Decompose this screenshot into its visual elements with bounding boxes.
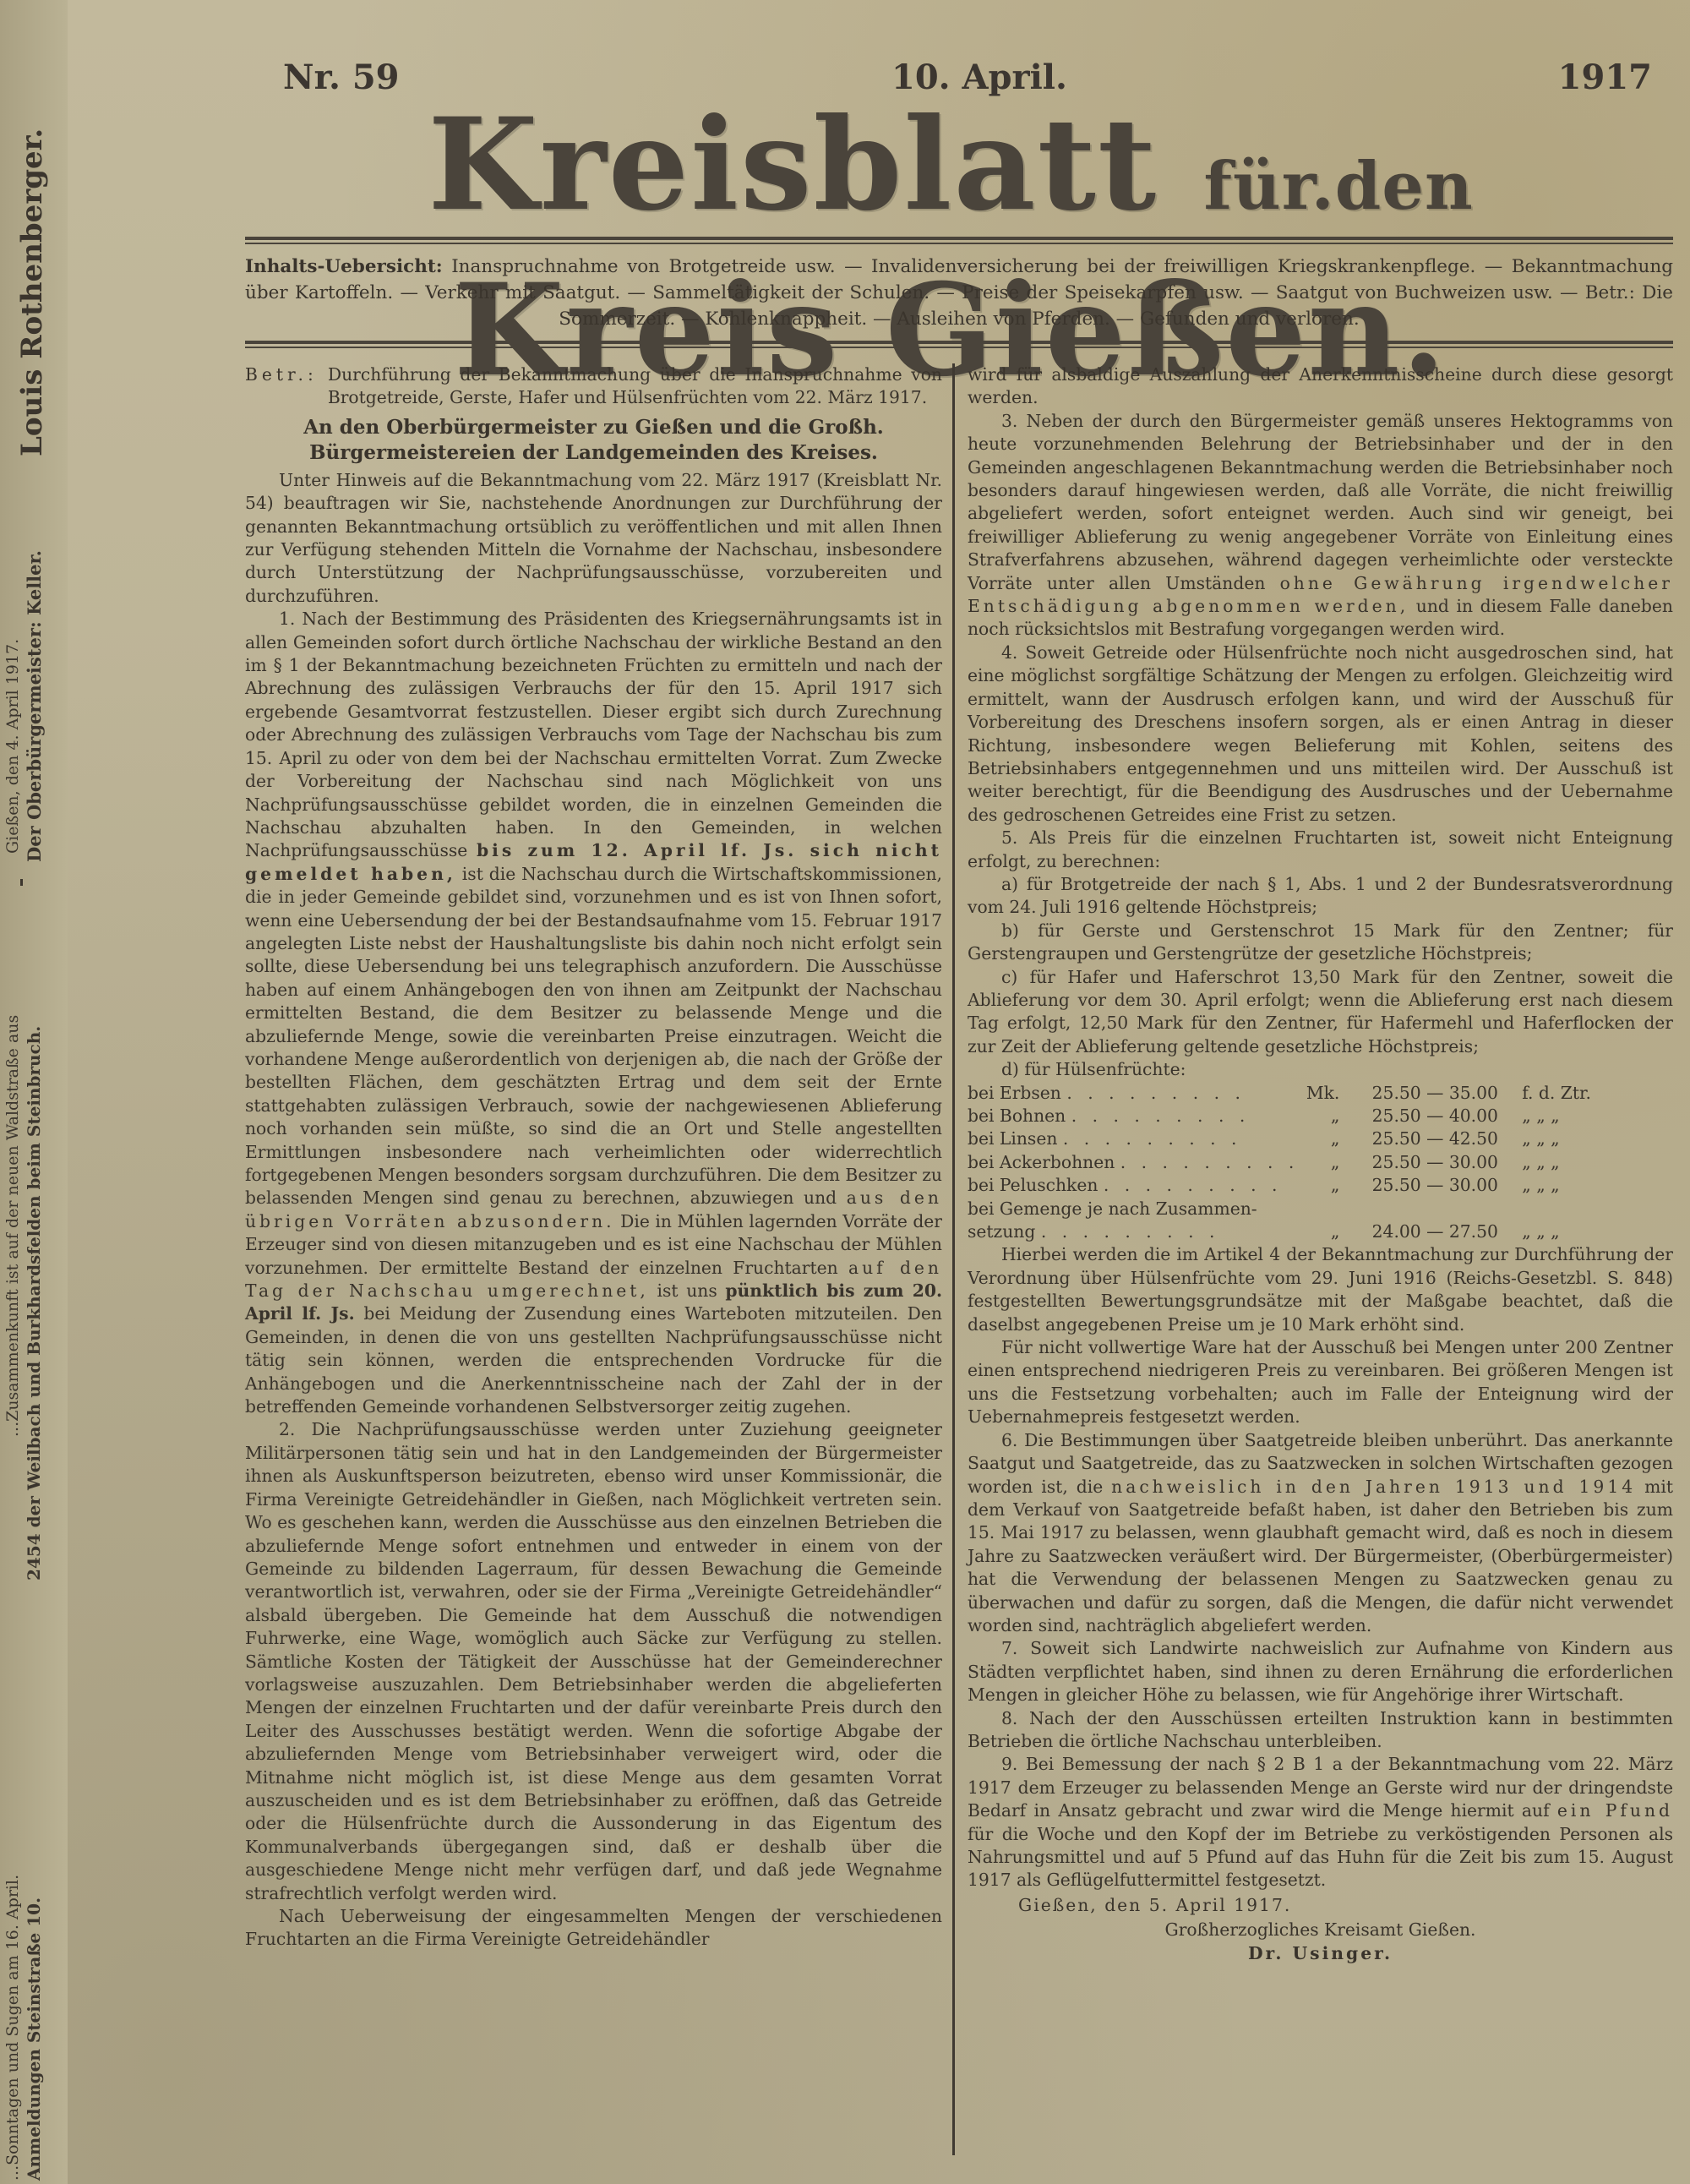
- paragraph-2-continuation: Nach Ueberweisung der eingesammelten Men…: [245, 1905, 942, 1952]
- margin-notice-date: Gießen, den 4. April 1917.: [3, 639, 22, 854]
- signature-office: Großherzogliches Kreisamt Gießen.: [968, 1919, 1673, 1941]
- price-range-text: 25.50 — 35.00: [1372, 1083, 1498, 1103]
- p1-text-a: 1. Nach der Bestimmung des Präsidenten d…: [245, 609, 942, 860]
- price-per: „ „ „: [1522, 1220, 1673, 1243]
- price-item: bei Gemenge je nach Zusammen-: [968, 1198, 1299, 1220]
- contents-text: Inanspruchnahme von Brotgetreide usw. — …: [245, 256, 1673, 330]
- price-per: „ „ „: [1522, 1174, 1673, 1197]
- leader-dots: . . . . . . . . .: [1071, 1106, 1251, 1126]
- price-row: bei Gemenge je nach Zusammen-: [968, 1198, 1673, 1220]
- price-unit: „: [1299, 1105, 1348, 1127]
- column-divider: [952, 363, 955, 2155]
- paragraph-5-note: Hierbei werden die im Artikel 4 der Beka…: [968, 1243, 1673, 1336]
- price-range-text: 25.50 — 30.00: [1372, 1152, 1498, 1172]
- paragraph-9: 9. Bei Bemessung der nach § 2 B 1 a der …: [968, 1753, 1673, 1892]
- price-unit: [1299, 1198, 1348, 1220]
- price-item: bei Bohnen . . . . . . . . .: [968, 1105, 1299, 1127]
- signature-place-date: Gießen, den 5. April 1917.: [968, 1894, 1673, 1917]
- price-per: f. d. Ztr.: [1522, 1082, 1673, 1105]
- contents-overview: Inhalts-Uebersicht: Inanspruchnahme von …: [245, 254, 1673, 332]
- price-item-text: bei Ackerbohnen: [968, 1152, 1115, 1172]
- leader-dots: . . . . . . . . .: [1120, 1152, 1300, 1172]
- price-per-text: „ „ „: [1522, 1106, 1559, 1126]
- price-row: bei Linsen . . . . . . . . .„25.50 — 42.…: [968, 1127, 1673, 1150]
- leader-dots: . . . . . . . . .: [1104, 1175, 1283, 1195]
- margin-notice-signature: Der Oberbürgermeister: Keller.: [24, 550, 45, 862]
- article-column-right: wird für alsbaldige Auszahlung der Anerk…: [968, 363, 1673, 1965]
- price-item-text: bei Gemenge je nach Zusammen-: [968, 1198, 1257, 1219]
- masthead-rule: [245, 237, 1673, 240]
- price-per-text: „ „ „: [1522, 1128, 1559, 1149]
- subject-line: Betr.: Durchführung der Bekanntmachung ü…: [245, 363, 942, 410]
- price-per: „ „ „: [1522, 1127, 1673, 1150]
- masthead-rule-thin: [245, 243, 1673, 244]
- title-part-fuer-den: für.den: [1203, 148, 1473, 225]
- paragraph-5: 5. Als Preis für die einzelnen Fruchtart…: [968, 827, 1673, 873]
- price-range-text: 25.50 — 40.00: [1372, 1106, 1498, 1126]
- contents-rule-thin: [245, 347, 1673, 348]
- paragraph-5d: d) für Hülsenfrüchte:: [968, 1058, 1673, 1081]
- margin-notice-3-line2: Anmeldungen Steinstraße 10.: [24, 1897, 44, 2181]
- price-unit: „: [1299, 1220, 1348, 1243]
- price-unit-text: „: [1331, 1128, 1340, 1149]
- price-item: bei Linsen . . . . . . . . .: [968, 1127, 1299, 1150]
- paragraph-2-end: wird für alsbaldige Auszahlung der Anerk…: [968, 363, 1673, 410]
- margin-notice-2-line1: ...Zusammenkunft ist auf der neuen Walds…: [3, 1015, 22, 1437]
- p9-text-b: für die Woche und den Kopf der im Betrie…: [968, 1824, 1673, 1891]
- price-range: 25.50 — 42.50: [1348, 1127, 1522, 1150]
- price-item-text: bei Peluschken: [968, 1175, 1098, 1195]
- paragraph-7: 7. Soweit sich Landwirte nachweislich zu…: [968, 1637, 1673, 1706]
- price-per: „ „ „: [1522, 1151, 1673, 1174]
- price-unit: „: [1299, 1151, 1348, 1174]
- price-row: setzung . . . . . . . . .„24.00 — 27.50„…: [968, 1220, 1673, 1243]
- price-range-text: 24.00 — 27.50: [1372, 1221, 1498, 1242]
- paragraph-1: 1. Nach der Bestimmung des Präsidenten d…: [245, 608, 942, 1418]
- addressee-heading: An den Oberbürgermeister zu Gießen und d…: [245, 415, 942, 466]
- newspaper-title: Kreisblatt für.den Kreis Gießen.: [253, 93, 1648, 402]
- price-per: „ „ „: [1522, 1105, 1673, 1127]
- price-range-text: 25.50 — 42.50: [1372, 1128, 1498, 1149]
- p6-text-b: mit dem Verkauf von Saatgetreide befaßt …: [968, 1477, 1673, 1635]
- price-range: 25.50 — 40.00: [1348, 1105, 1522, 1127]
- p1-text-d: ist uns: [657, 1280, 717, 1301]
- price-row: bei Erbsen . . . . . . . . .Mk.25.50 — 3…: [968, 1082, 1673, 1105]
- p3-text-a: 3. Neben der durch den Bürgermeister gem…: [968, 411, 1673, 593]
- subject-label: Betr.:: [245, 363, 318, 410]
- price-range: 25.50 — 35.00: [1348, 1082, 1522, 1105]
- price-unit: „: [1299, 1127, 1348, 1150]
- paragraph-8: 8. Nach der den Ausschüssen erteilten In…: [968, 1707, 1673, 1754]
- price-item-text: bei Linsen: [968, 1128, 1057, 1149]
- contents-label: Inhalts-Uebersicht:: [245, 256, 443, 277]
- price-per-text: f. d. Ztr.: [1522, 1083, 1591, 1103]
- price-unit-text: „: [1331, 1106, 1340, 1126]
- p6-emphasis: nachweislich in den Jahren 1913 und 1914: [1111, 1477, 1636, 1497]
- price-range: [1348, 1198, 1522, 1220]
- price-row: bei Peluschken . . . . . . . . .„25.50 —…: [968, 1174, 1673, 1197]
- price-per-text: „ „ „: [1522, 1175, 1559, 1195]
- price-item: setzung . . . . . . . . .: [968, 1220, 1299, 1243]
- intro-paragraph: Unter Hinweis auf die Bekanntmachung vom…: [245, 469, 942, 608]
- p9-emphasis: ein Pfund: [1557, 1800, 1673, 1821]
- price-unit: „: [1299, 1174, 1348, 1197]
- paragraph-5b: b) für Gerste und Gerstenschrot 15 Mark …: [968, 920, 1673, 966]
- price-item-text: bei Bohnen: [968, 1106, 1066, 1126]
- leader-dots: . . . . . . . . .: [1063, 1128, 1242, 1149]
- leader-dots: . . . . . . . . .: [1041, 1221, 1220, 1242]
- price-item: bei Ackerbohnen . . . . . . . . .: [968, 1151, 1299, 1174]
- margin-divider-2: [20, 879, 23, 886]
- paragraph-5a: a) für Brotgetreide der nach § 1, Abs. 1…: [968, 873, 1673, 920]
- margin-name: Louis Rothenberger.: [15, 128, 49, 456]
- price-unit: Mk.: [1299, 1082, 1348, 1105]
- price-row: bei Ackerbohnen . . . . . . . . .„25.50 …: [968, 1151, 1673, 1174]
- legume-price-table: bei Erbsen . . . . . . . . .Mk.25.50 — 3…: [968, 1082, 1673, 1244]
- price-per: [1522, 1198, 1673, 1220]
- price-unit-text: „: [1331, 1175, 1340, 1195]
- title-part-kreisblatt: Kreisblatt: [428, 90, 1158, 239]
- price-range: 24.00 — 27.50: [1348, 1220, 1522, 1243]
- margin-notice-2-line2: 2454 der Weilbach und Burkhardsfelden be…: [24, 1026, 44, 1581]
- issue-number: Nr. 59: [283, 57, 399, 97]
- price-range: 25.50 — 30.00: [1348, 1174, 1522, 1197]
- contents-rule: [245, 341, 1673, 344]
- leader-dots: . . . . . . . . .: [1066, 1083, 1246, 1103]
- price-item: bei Erbsen . . . . . . . . .: [968, 1082, 1299, 1105]
- article-column-left: Betr.: Durchführung der Bekanntmachung ü…: [245, 363, 942, 1952]
- paragraph-3: 3. Neben der durch den Bürgermeister gem…: [968, 410, 1673, 642]
- price-unit-text: „: [1331, 1221, 1340, 1242]
- price-item-text: bei Erbsen: [968, 1083, 1061, 1103]
- price-unit-text: „: [1331, 1152, 1340, 1172]
- paragraph-5c: c) für Hafer und Haferschrot 13,50 Mark …: [968, 966, 1673, 1059]
- price-range-text: 25.50 — 30.00: [1372, 1175, 1498, 1195]
- subject-text: Durchführung der Bekanntmachung über die…: [328, 363, 942, 410]
- issue-year: 1917: [1558, 57, 1652, 97]
- price-row: bei Bohnen . . . . . . . . .„25.50 — 40.…: [968, 1105, 1673, 1127]
- price-item-text: setzung: [968, 1221, 1035, 1242]
- p1-text-b: ist die Nachschau durch die Wirtschaftsk…: [245, 864, 942, 1209]
- signature-name: Dr. Usinger.: [968, 1942, 1673, 1965]
- paragraph-4: 4. Soweit Getreide oder Hülsenfrüchte no…: [968, 642, 1673, 827]
- paragraph-2: 2. Die Nachprüfungsausschüsse werden unt…: [245, 1418, 942, 1905]
- paragraph-5-note-2: Für nicht vollwertige Ware hat der Aussc…: [968, 1336, 1673, 1429]
- margin-notice-3-line1: ...Sonntagen und Sugen am 16. April.: [3, 1875, 22, 2181]
- price-unit-text: Mk.: [1306, 1083, 1340, 1103]
- price-item: bei Peluschken . . . . . . . . .: [968, 1174, 1299, 1197]
- paragraph-6: 6. Die Bestimmungen über Saatgetreide bl…: [968, 1429, 1673, 1638]
- price-per-text: „ „ „: [1522, 1221, 1559, 1242]
- price-per-text: „ „ „: [1522, 1152, 1559, 1172]
- price-range: 25.50 — 30.00: [1348, 1151, 1522, 1174]
